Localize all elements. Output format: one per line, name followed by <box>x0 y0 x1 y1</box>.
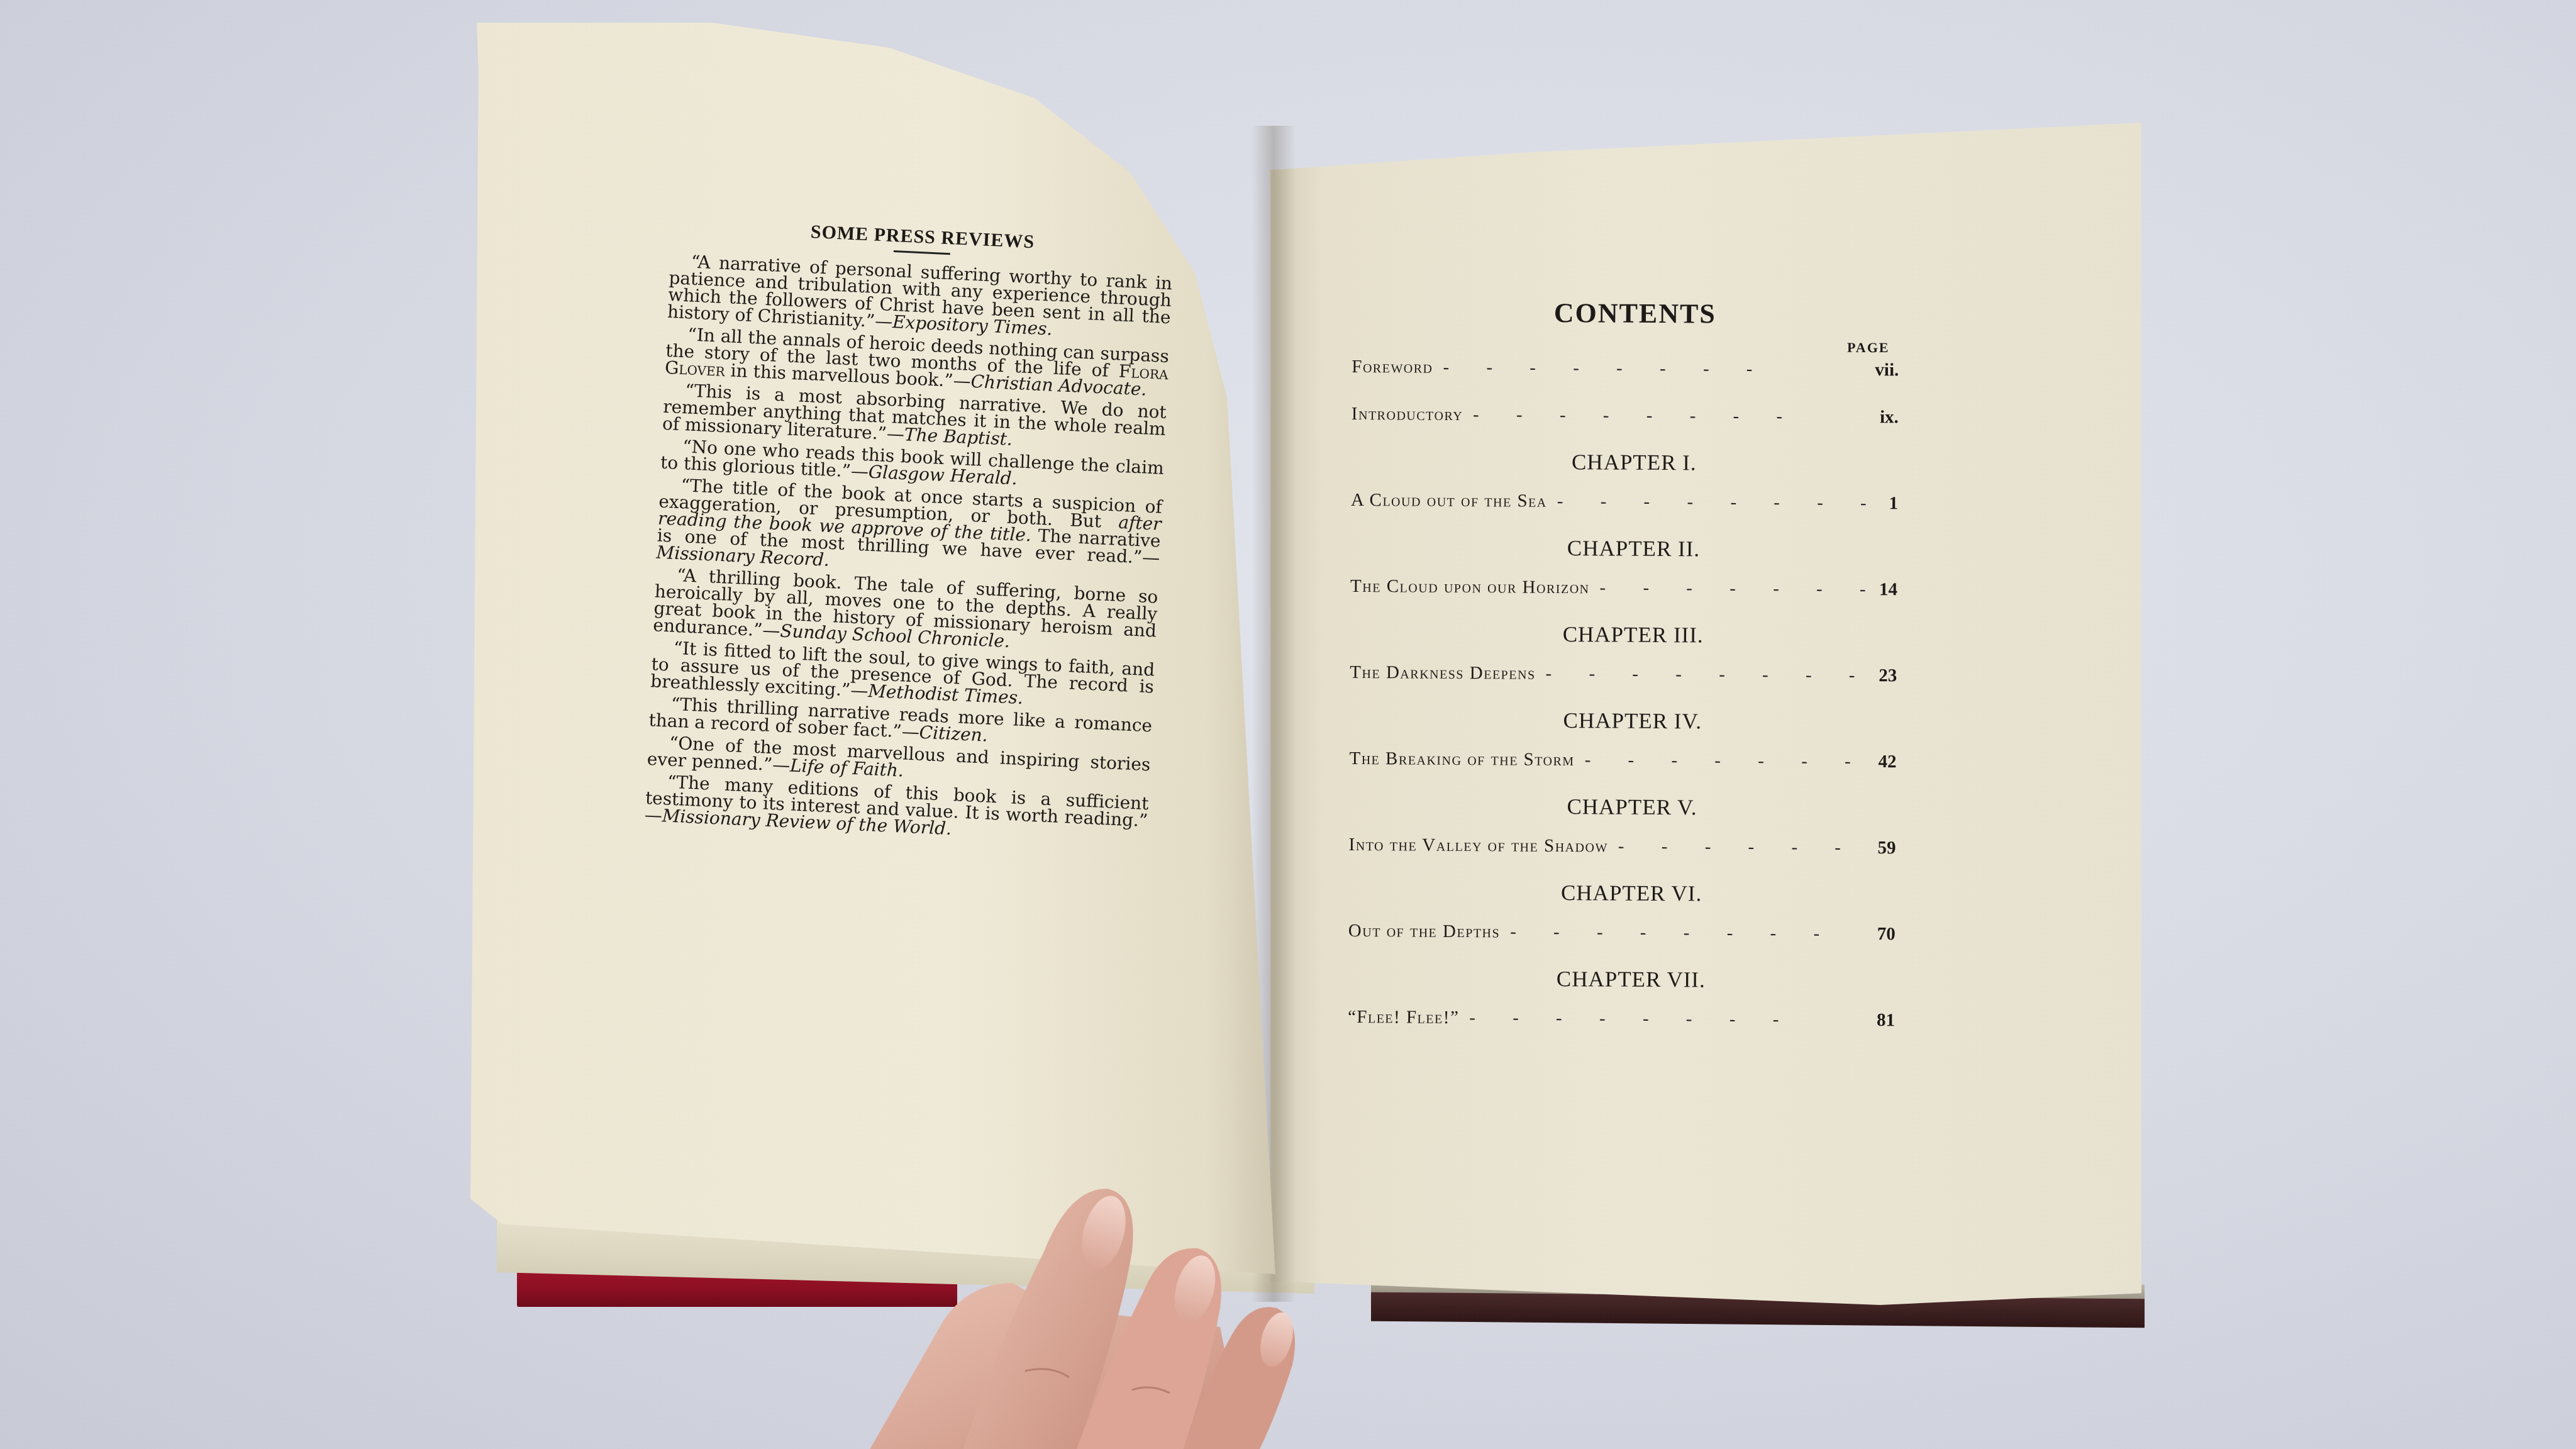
heading-rule <box>894 250 950 255</box>
book-photo: CONTENTS PAGE Foreword - - - - - - - - v… <box>0 0 2576 1449</box>
toc-entry-chapter-6[interactable]: Out of the Depths - - - - - - - - 70 <box>1348 921 1896 945</box>
hand <box>868 1163 1434 1449</box>
contents-heading: CONTENTS <box>1352 296 1918 331</box>
toc-entry-chapter-5[interactable]: Into the Valley of the Shadow - - - - - … <box>1349 835 1896 858</box>
chapter-heading: CHAPTER V. <box>1349 793 1915 821</box>
toc-entry-chapter-2[interactable]: The Cloud upon our Horizon - - - - - - -… <box>1350 576 1897 600</box>
chapter-heading: CHAPTER I. <box>1351 448 1917 477</box>
chapter-heading: CHAPTER II. <box>1350 535 1916 563</box>
toc-entry-chapter-3[interactable]: The Darkness Deepens - - - - - - - - 23 <box>1350 662 1897 686</box>
toc-entry-chapter-7[interactable]: “Flee! Flee!” - - - - - - - - 81 <box>1348 1007 1895 1031</box>
page-column-label: PAGE <box>1352 336 1889 356</box>
toc-entry-chapter-1[interactable]: A Cloud out of the Sea - - - - - - - - 1 <box>1351 490 1898 514</box>
toc-entry-chapter-4[interactable]: The Breaking of the Storm - - - - - - - … <box>1349 748 1896 772</box>
chapter-heading: CHAPTER IV. <box>1350 707 1916 735</box>
chapter-heading: CHAPTER VII. <box>1348 965 1914 994</box>
chapter-heading: CHAPTER VI. <box>1348 879 1914 908</box>
toc-entry-foreword[interactable]: Foreword - - - - - - - - vii. <box>1352 357 1899 380</box>
press-reviews: SOME PRESS REVIEWS “A narrative of perso… <box>644 217 1174 851</box>
chapter-heading: CHAPTER III. <box>1350 621 1916 649</box>
contents-page: CONTENTS PAGE Foreword - - - - - - - - v… <box>1348 296 2012 1031</box>
toc-entry-introductory[interactable]: Introductory - - - - - - - - ix. <box>1352 404 1899 428</box>
